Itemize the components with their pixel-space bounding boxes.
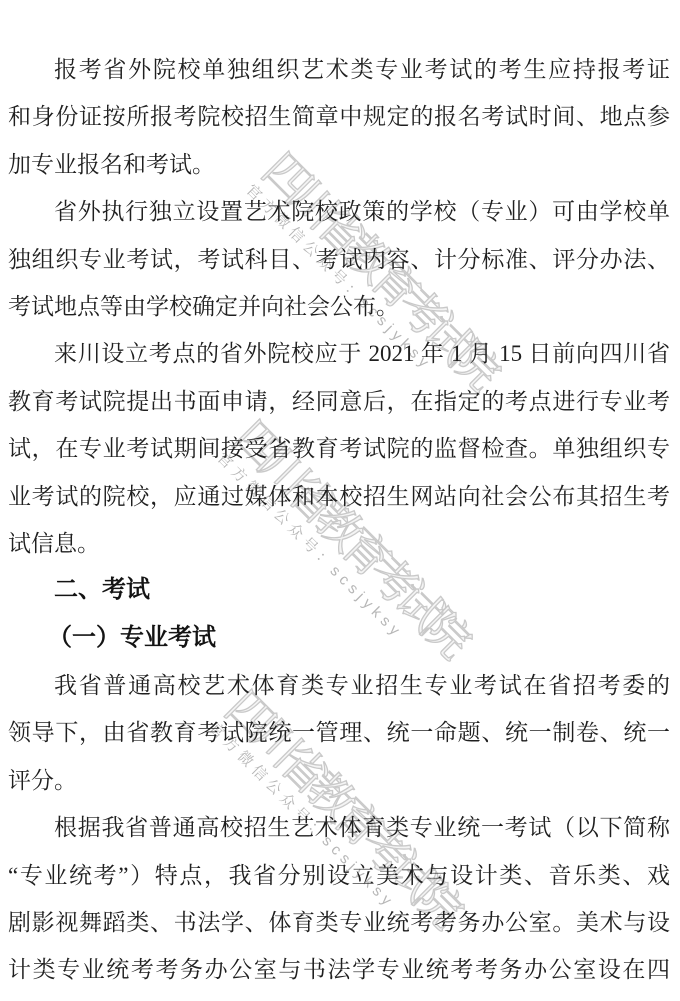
paragraph-3-line-1: 来川设立考点的省外院校应于 2021 年 1 月 15 日前向四川省 <box>8 330 670 377</box>
paragraph-3-line-3: 试，在专业考试期间接受省教育考试院的监督检查。单独组织专 <box>8 425 670 472</box>
document-content: 报考省外院校单独组织艺术类专业考试的考生应持报考证和身份证按所报考院校招生简章中… <box>8 46 670 994</box>
paragraph-4-line-3: 评分。 <box>8 757 670 804</box>
paragraph-1-line-3: 加专业报名和考试。 <box>8 141 670 188</box>
paragraph-5-line-3: 剧影视舞蹈类、书法学、体育类专业统考考务办公室。美术与设 <box>8 899 670 946</box>
paragraph-3-line-5: 试信息。 <box>8 520 670 567</box>
paragraph-2-line-3: 考试地点等由学校确定并向社会公布。 <box>8 283 670 330</box>
section-heading-line-1: 二、考试 <box>8 567 670 614</box>
paragraph-1-line-1: 报考省外院校单独组织艺术类专业考试的考生应持报考证 <box>8 46 670 93</box>
paragraph-2-line-2: 独组织专业考试，考试科目、考试内容、计分标准、评分办法、 <box>8 236 670 283</box>
paragraph-5-line-1: 根据我省普通高校招生艺术体育类专业统一考试（以下简称 <box>8 804 670 851</box>
subsection-heading-line-1: （一）专业考试 <box>8 615 670 662</box>
paragraph-3-line-2: 教育考试院提出书面申请，经同意后，在指定的考点进行专业考 <box>8 378 670 425</box>
document-page: 四川省教育考试院官方微信公众号：scsjyksy四川省教育考试院官方微信公众号：… <box>0 0 680 1001</box>
paragraph-5-line-4: 计类专业统考考务办公室与书法学专业统考考务办公室设在四 <box>8 946 670 993</box>
paragraph-2-line-1: 省外执行独立设置艺术院校政策的学校（专业）可由学校单 <box>8 188 670 235</box>
paragraph-4-line-1: 我省普通高校艺术体育类专业招生专业考试在省招考委的 <box>8 662 670 709</box>
paragraph-4-line-2: 领导下，由省教育考试院统一管理、统一命题、统一制卷、统一 <box>8 709 670 756</box>
paragraph-3-line-4: 业考试的院校，应通过媒体和本校招生网站向社会公布其招生考 <box>8 473 670 520</box>
paragraph-1-line-2: 和身份证按所报考院校招生简章中规定的报名考试时间、地点参 <box>8 93 670 140</box>
paragraph-5-line-2: “专业统考”）特点，我省分别设立美术与设计类、音乐类、戏 <box>8 852 670 899</box>
